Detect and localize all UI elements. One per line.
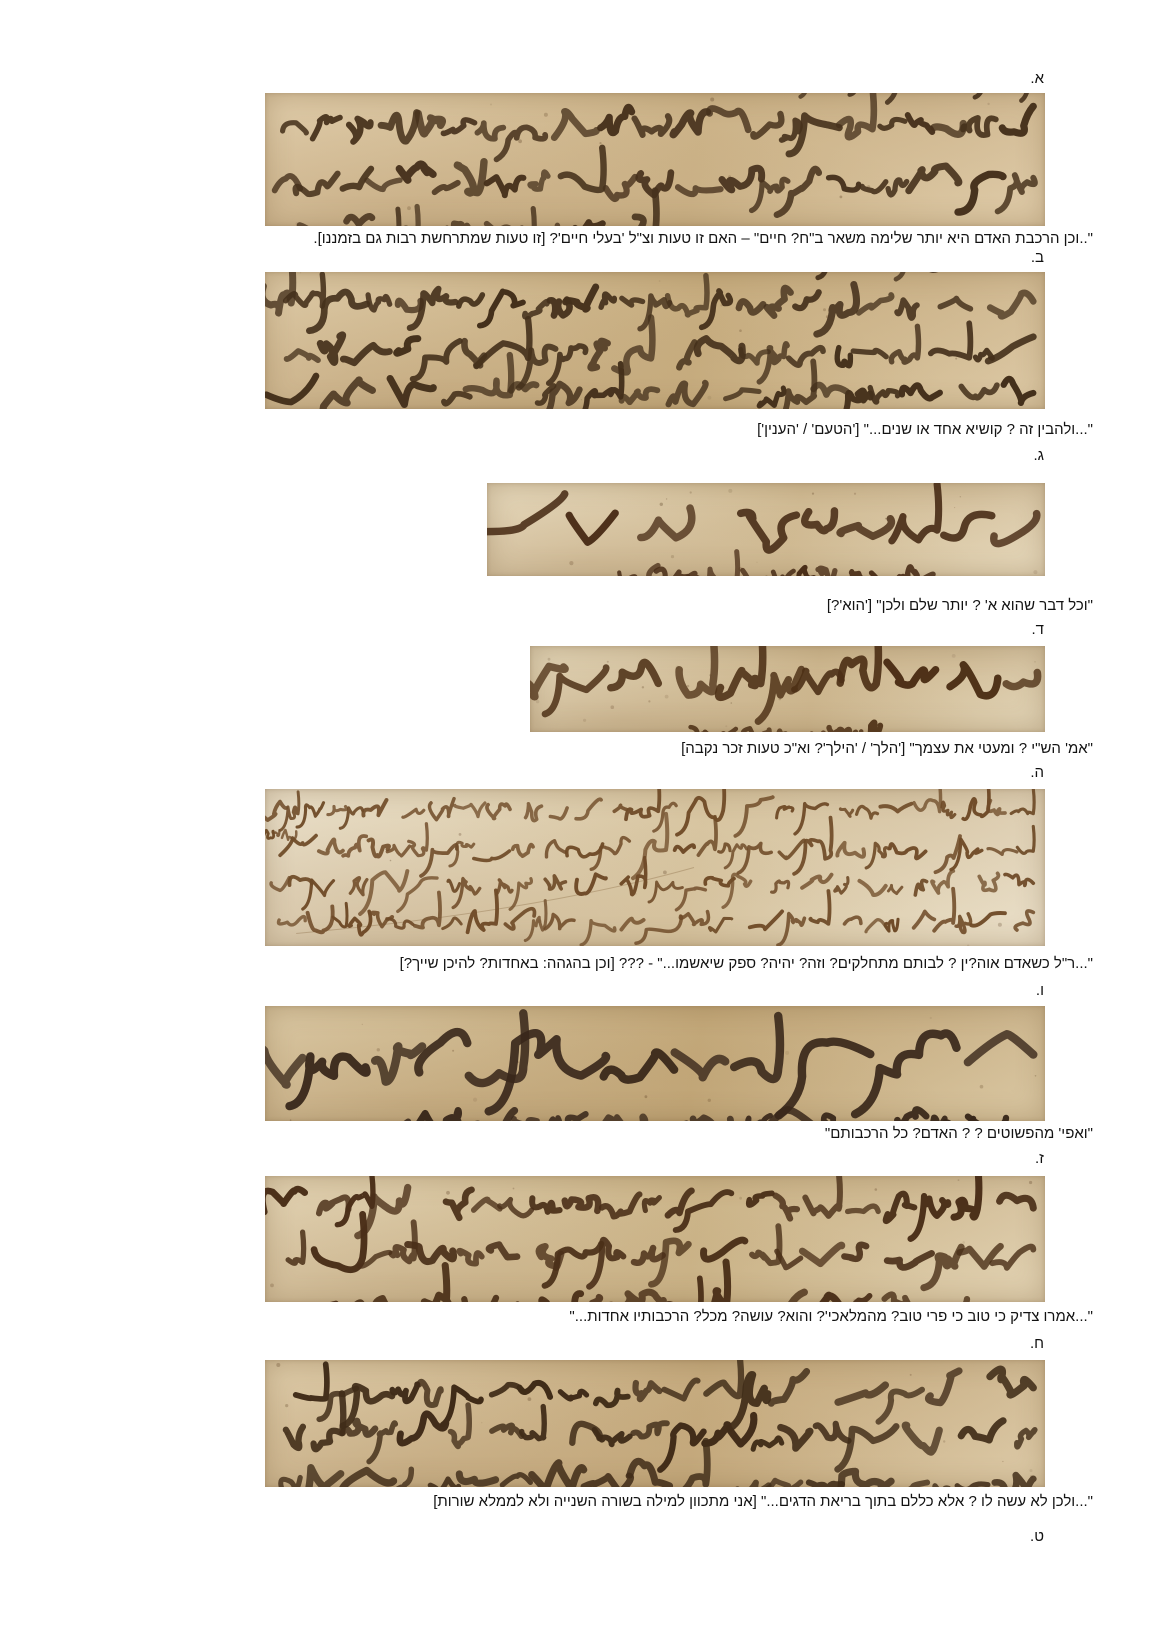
section-label-dalet: ד. — [1032, 620, 1044, 639]
section-label-vav: ו. — [1036, 981, 1044, 1000]
section-label-gimel: ג. — [1033, 446, 1044, 465]
section-label-bet: ב. — [1031, 248, 1044, 267]
manuscript-caption-vav: "ואפי' מהפשוטים ? ? האדם? כל הרכבותם" — [825, 1124, 1093, 1144]
manuscript-caption-bet: "...ולהבין זה ? קושיא אחד או שנים..." ['… — [757, 420, 1093, 440]
section-label-alef: א. — [1030, 69, 1044, 88]
manuscript-image-alef — [265, 93, 1045, 226]
manuscript-caption-alef: "..וכן הרכבת האדם היא יותר שלימה משאר ב"… — [313, 229, 1093, 249]
manuscript-image-dalet — [530, 646, 1045, 732]
manuscript-caption-gimel: "וכל דבר שהוא א' ? יותר שלם ולכן" ['הוא'… — [827, 596, 1093, 616]
section-label-zayin: ז. — [1035, 1149, 1044, 1168]
section-label-het: ח. — [1030, 1334, 1044, 1353]
manuscript-image-zayin — [265, 1176, 1045, 1302]
manuscript-image-vav — [265, 1006, 1045, 1121]
manuscript-caption-zayin: "...אמרו צדיק כי טוב כי פרי טוב? מהמלאכי… — [569, 1307, 1093, 1327]
manuscript-caption-he: "...ר"ל כשאדם אוה?ין ? לבותם מתחלקים? וז… — [400, 954, 1093, 974]
manuscript-image-bet — [265, 272, 1045, 409]
section-label-tet: ט. — [1030, 1527, 1044, 1546]
manuscript-image-het — [265, 1360, 1045, 1487]
manuscript-caption-dalet: "אמ' הש"י ? ומעטי את עצמך" ['הלך' / 'היל… — [681, 739, 1093, 759]
manuscript-image-gimel — [487, 483, 1045, 576]
manuscript-caption-het: "...ולכן לא עשה לו ? אלא כללם בתוך בריאת… — [433, 1492, 1093, 1512]
section-label-he: ה. — [1030, 763, 1044, 782]
document-page: א. "..וכן הרכבת האדם היא יותר שלימה משאר… — [0, 0, 1150, 1638]
manuscript-image-he — [265, 789, 1045, 946]
